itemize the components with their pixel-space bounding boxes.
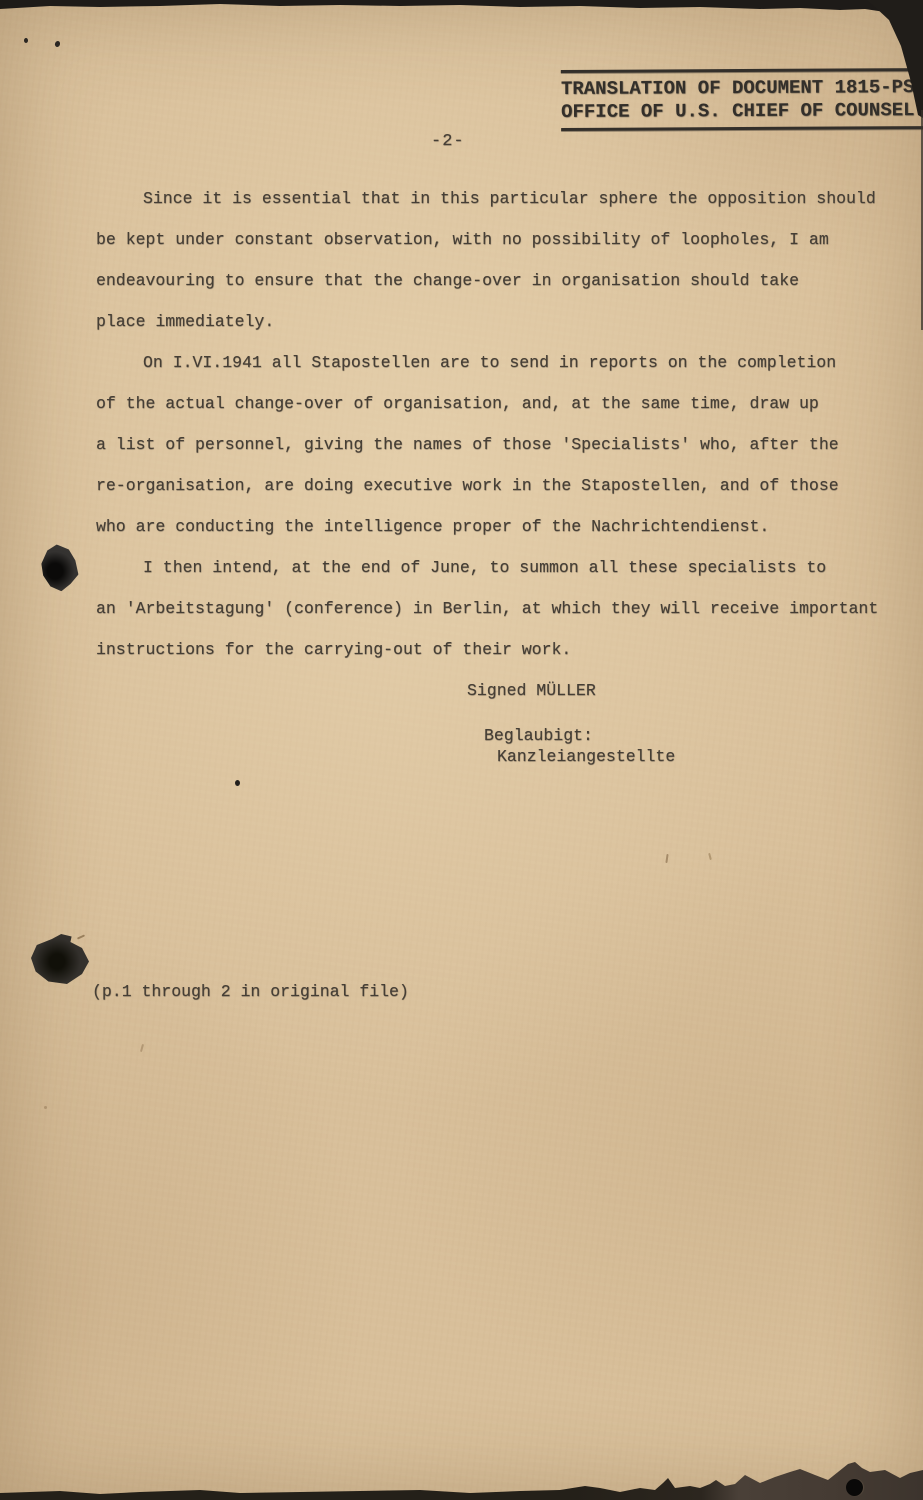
translation-stamp: TRANSLATION OF DOCUMENT 1815-PS OFFICE O… [561,68,923,131]
stamp-line-2: OFFICE OF U.S. CHIEF OF COUNSEL [561,99,923,124]
body-line: of the actual change-over of organisatio… [96,393,886,434]
ink-blot [31,934,89,984]
ink-speck [235,780,240,786]
ink-speck [24,38,28,43]
body-line: who are conducting the intelligence prop… [96,516,886,557]
punch-hole [846,1479,863,1496]
stamp-bottom-rule [561,126,923,131]
body-line: I then intend, at the end of June, to su… [96,557,886,598]
body-line: be kept under constant observation, with… [96,229,886,270]
ink-speck [44,1106,47,1109]
stamp-line-1: TRANSLATION OF DOCUMENT 1815-PS [561,76,923,101]
scan-edge-top [0,0,923,24]
torn-edge-bottom [0,1440,923,1500]
signature-signed-line: Signed MÜLLER [467,681,596,700]
body-line: place immediately. [96,311,886,352]
stamp-top-rule [561,68,923,73]
body-line: an 'Arbeitstagung' (conference) in Berli… [96,598,886,639]
body-line: re-organisation, are doing executive wor… [96,475,886,516]
footer-note: (p.1 through 2 in original file) [92,982,409,1001]
ink-speck [140,1044,144,1052]
signature-certified-line: Beglaubigt: [484,726,593,745]
body-line: On I.VI.1941 all Stapostellen are to sen… [96,352,886,393]
ink-speck [665,854,668,863]
signature-certified-role: Kanzleiangestellte [497,747,675,766]
ink-speck [708,853,712,860]
body-line: instructions for the carrying-out of the… [96,639,886,680]
ink-speck [77,934,85,939]
ink-blot [39,543,82,593]
document-body: Since it is essential that in this parti… [96,188,886,680]
scanned-document-page: TRANSLATION OF DOCUMENT 1815-PS OFFICE O… [0,0,923,1500]
body-line: a list of personnel, giving the names of… [96,434,886,475]
body-line: Since it is essential that in this parti… [96,188,886,229]
body-line: endeavouring to ensure that the change-o… [96,270,886,311]
ink-speck [54,40,61,47]
page-number: -2- [431,132,465,151]
